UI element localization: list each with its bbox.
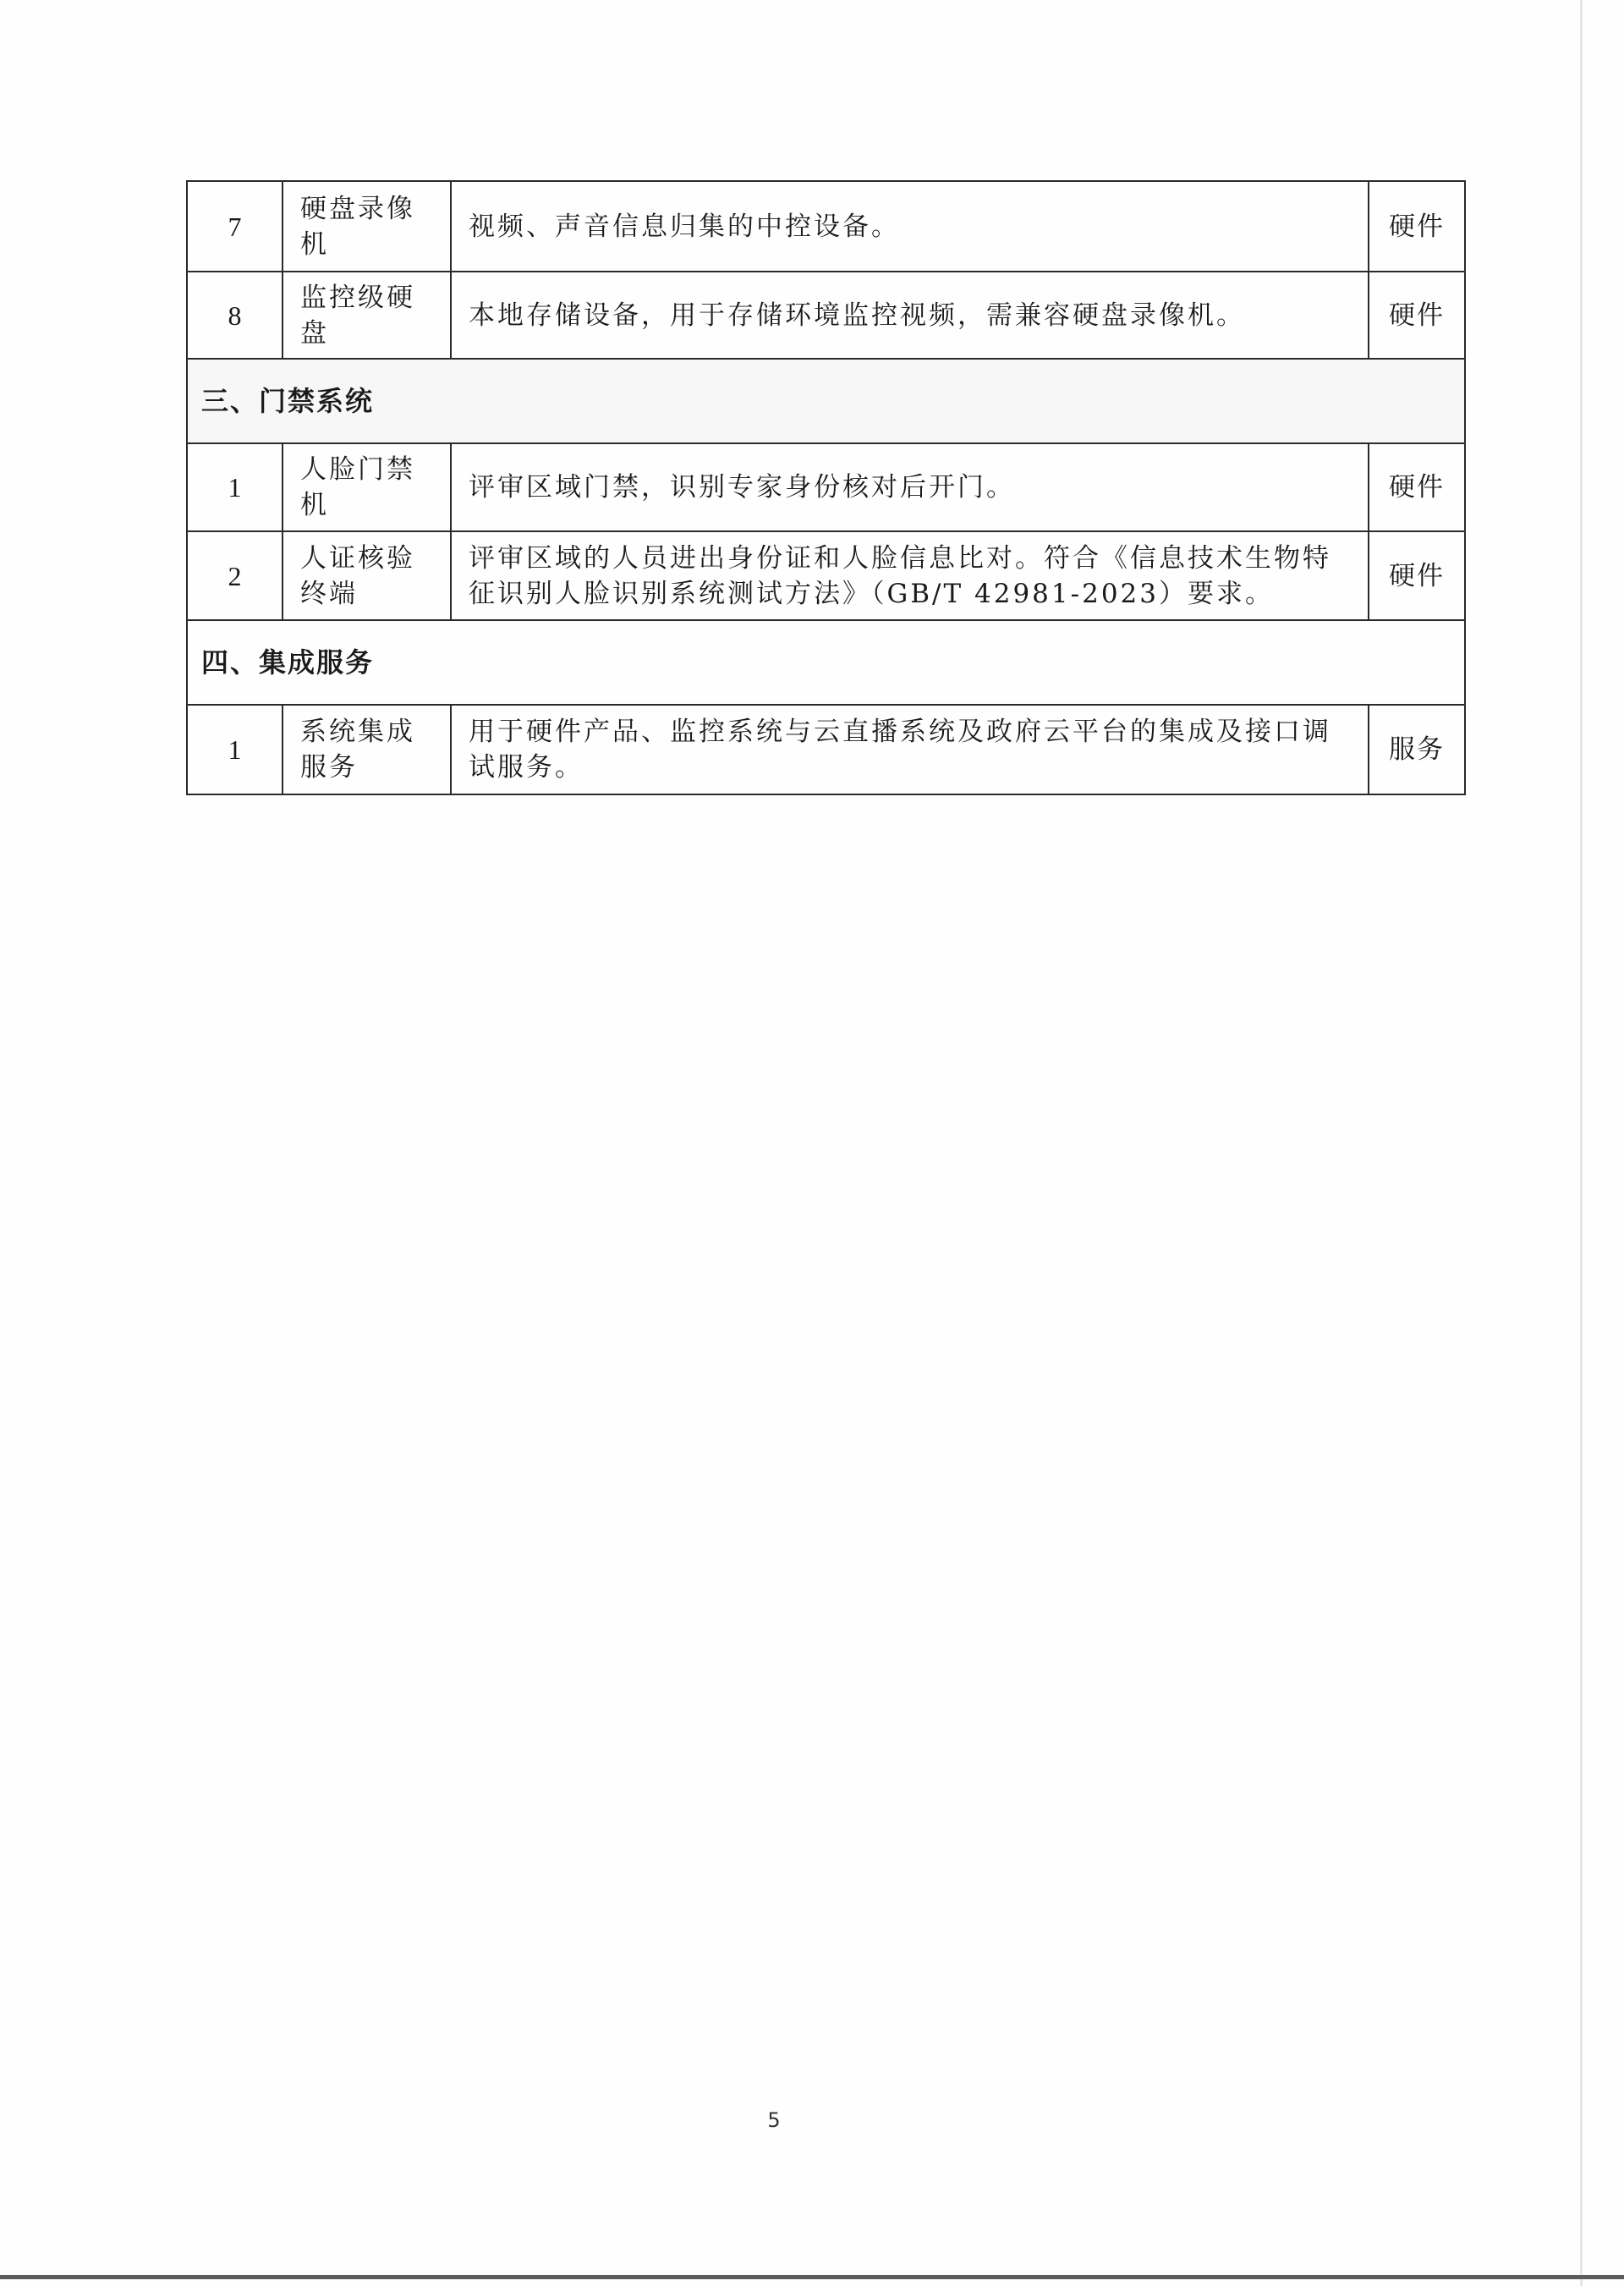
scan-edge-right (1580, 0, 1583, 2286)
item-name: 人证核验终端 (283, 531, 451, 620)
item-type: 硬件 (1369, 272, 1465, 359)
row-number: 8 (187, 272, 283, 359)
row-number: 1 (187, 443, 283, 531)
table-row: 2 人证核验终端 评审区域的人员进出身份证和人脸信息比对。符合《信息技术生物特征… (187, 531, 1465, 620)
procurement-items-table: 7 硬盘录像机 视频、声音信息归集的中控设备。 硬件 8 监控级硬盘 本地存储设… (186, 180, 1466, 795)
table-row: 1 系统集成服务 用于硬件产品、监控系统与云直播系统及政府云平台的集成及接口调试… (187, 705, 1465, 794)
item-description: 评审区域的人员进出身份证和人脸信息比对。符合《信息技术生物特征识别人脸识别系统测… (451, 531, 1369, 620)
item-type: 硬件 (1369, 181, 1465, 272)
row-number: 2 (187, 531, 283, 620)
item-name: 人脸门禁机 (283, 443, 451, 531)
table-row: 7 硬盘录像机 视频、声音信息归集的中控设备。 硬件 (187, 181, 1465, 272)
item-name: 硬盘录像机 (283, 181, 451, 272)
section-title: 四、集成服务 (187, 620, 1465, 705)
page-number: 5 (0, 2108, 1548, 2132)
row-number: 1 (187, 705, 283, 794)
item-name: 系统集成服务 (283, 705, 451, 794)
section-title: 三、门禁系统 (187, 359, 1465, 443)
item-type: 硬件 (1369, 531, 1465, 620)
table-row: 8 监控级硬盘 本地存储设备，用于存储环境监控视频，需兼容硬盘录像机。 硬件 (187, 272, 1465, 359)
row-number: 7 (187, 181, 283, 272)
section-header-row: 四、集成服务 (187, 620, 1465, 705)
item-description: 用于硬件产品、监控系统与云直播系统及政府云平台的集成及接口调试服务。 (451, 705, 1369, 794)
item-description: 本地存储设备，用于存储环境监控视频，需兼容硬盘录像机。 (451, 272, 1369, 359)
section-header-row: 三、门禁系统 (187, 359, 1465, 443)
item-description: 评审区域门禁，识别专家身份核对后开门。 (451, 443, 1369, 531)
table-row: 1 人脸门禁机 评审区域门禁，识别专家身份核对后开门。 硬件 (187, 443, 1465, 531)
item-type: 硬件 (1369, 443, 1465, 531)
item-name: 监控级硬盘 (283, 272, 451, 359)
document-page: 7 硬盘录像机 视频、声音信息归集的中控设备。 硬件 8 监控级硬盘 本地存储设… (0, 0, 1624, 2286)
scan-edge-bottom (0, 2275, 1624, 2279)
item-type: 服务 (1369, 705, 1465, 794)
item-description: 视频、声音信息归集的中控设备。 (451, 181, 1369, 272)
